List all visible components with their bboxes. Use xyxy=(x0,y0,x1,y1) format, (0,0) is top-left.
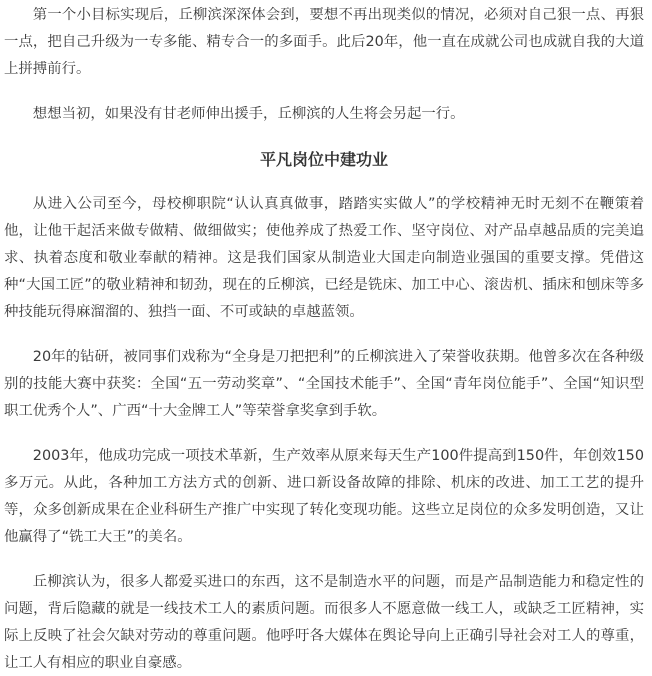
paragraph-teacher-help: 想想当初，如果没有甘老师伸出援手，丘柳滨的人生将会另起一行。 xyxy=(4,101,644,128)
paragraph-worker-respect: 丘柳滨认为，很多人都爱买进口的东西，这不是制造水平的问题，而是产品制造能力和稳定… xyxy=(4,569,644,676)
article-page: 第一个小目标实现后，丘柳滨深深体会到，要想不再出现类似的情况，必须对自己狠一点、… xyxy=(0,0,652,676)
section-heading: 平凡岗位中建功业 xyxy=(4,146,644,173)
paragraph-school-spirit: 从进入公司至今，母校柳职院“认认真真做事，踏踏实实做人”的学校精神无时无刻不在鞭… xyxy=(4,191,644,326)
paragraph-goal-realized: 第一个小目标实现后，丘柳滨深深体会到，要想不再出现类似的情况，必须对自己狠一点、… xyxy=(4,2,644,83)
paragraph-innovation: 2003年，他成功完成一项技术革新，生产效率从原来每天生产100件提高到150件… xyxy=(4,443,644,551)
paragraph-honors: 20年的钻研，被同事们戏称为“全身是刀把把利”的丘柳滨进入了荣誉收获期。他曾多次… xyxy=(4,344,644,425)
